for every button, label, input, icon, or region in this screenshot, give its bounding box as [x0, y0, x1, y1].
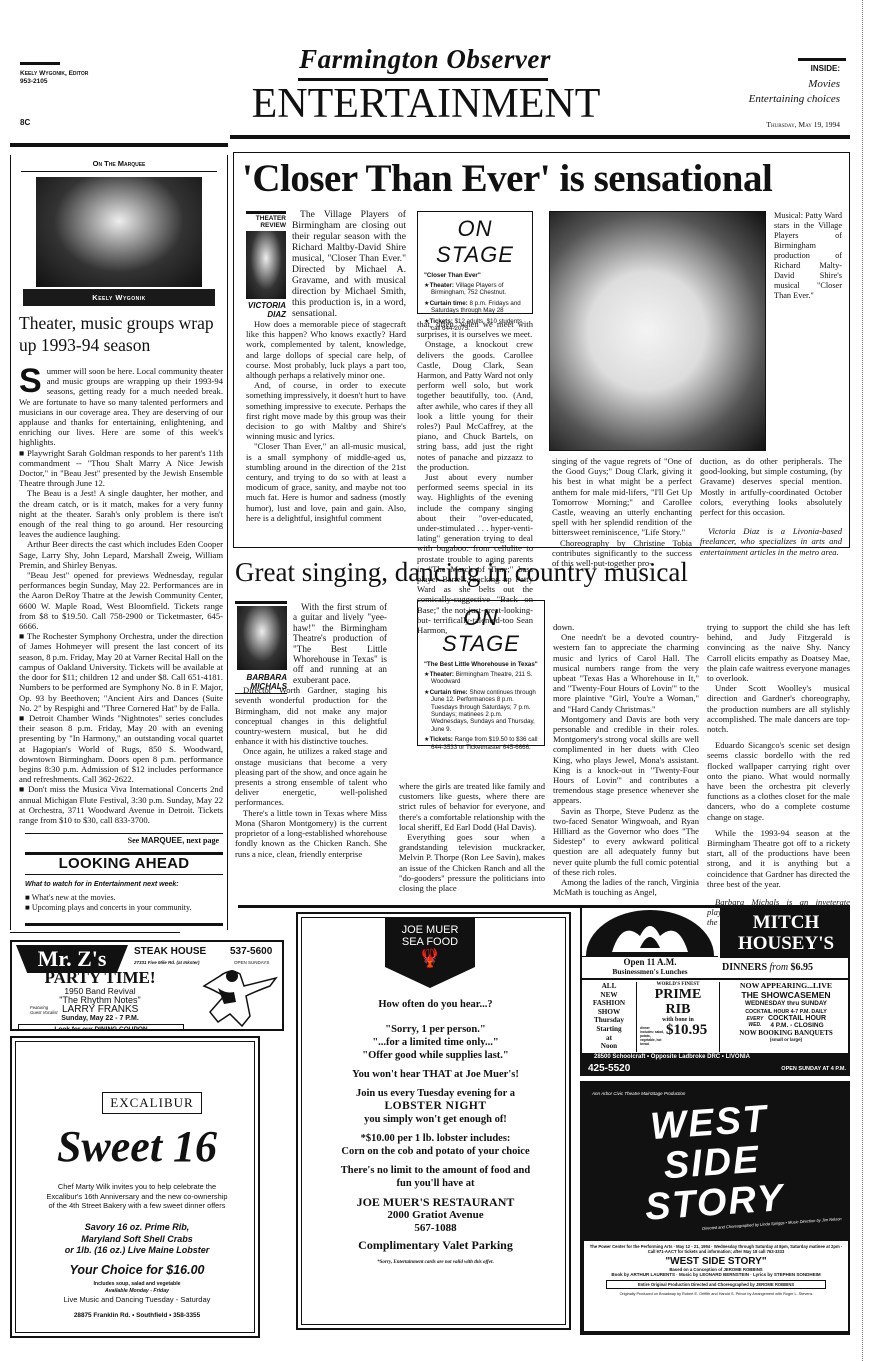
ad-mitch-houseys[interactable]: MITCH HOUSEY'S Open 11 A.M. Businessmen'… [580, 906, 850, 1076]
article2-col3: down. One needn't be a devoted country-w… [553, 622, 699, 897]
article1-col1: The Village Players of Birmingham are cl… [246, 209, 406, 523]
left-column-bottom-rule [10, 932, 180, 933]
article2-paragraph: where the girls are treated like family … [399, 781, 545, 832]
marquee-header: On The Marquee [21, 159, 217, 172]
ad-excalibur[interactable]: Excalibur Sweet 16 Chef Marty Wilk invit… [10, 1036, 260, 1338]
article2-paragraph: down. [553, 622, 699, 632]
marquee-body: Summer will soon be here. Local communit… [19, 366, 223, 825]
patty-ward-photo [549, 211, 766, 451]
columnist-name-banner: Keely Wygonik [23, 289, 215, 306]
article1-paragraph: singing of the vague regrets of "One of … [552, 456, 692, 538]
onstage-curtain: ★Curtain time: Show continues through Ju… [424, 689, 538, 733]
excalibur-address: 28875 Franklin Rd. • Southfield • 358-33… [22, 1312, 252, 1319]
mitch-footer: 28500 Schoolcraft • Opposite Ladbroke DR… [582, 1053, 850, 1076]
mrz-open: OPEN SUNDAYS [234, 960, 269, 965]
onstage-show: "The Best Little Whorehouse in Texas" [424, 661, 538, 668]
marquee-jump-rule [25, 833, 223, 834]
excalibur-intro: Chef Marty Wilk invites you to help cele… [44, 1182, 230, 1211]
onstage-title: On Stage [424, 605, 538, 657]
article2-col1: With the first strum of a guitar and liv… [235, 602, 387, 859]
article2-paragraph: Eduardo Sicangco's scenic set design see… [707, 740, 850, 822]
article1-lead: The Village Players of Birmingham are cl… [292, 209, 406, 319]
mitch-fashion-show: ALLNEWFASHIONSHOWThursdayStartingatNoon [584, 982, 634, 1051]
mitch-prime-rib: WORLD'S FINEST PRIME RIB with bone in [638, 982, 718, 1023]
onstage-curtain: ★Curtain time: 8 p.m. Fridays and Saturd… [424, 300, 526, 315]
ad-west-side-story[interactable]: Ann Arbor Civic Theatre MainStage Produc… [580, 1081, 850, 1335]
onstage-theater: ★Theater: Birmingham Theatre, 211 S. Woo… [424, 671, 538, 686]
article2-paragraph: There's a little town in Texas where Mis… [235, 808, 387, 859]
marquee-jump-link[interactable]: See MARQUEE, next page [128, 836, 219, 845]
mitch-open: Open 11 A.M. Businessmen's Lunches [582, 956, 718, 976]
mitch-rib-includes: dinner includes: salad, potato, vegetabl… [640, 1026, 664, 1046]
article2-headline: Great singing, dancing in country musica… [235, 554, 850, 590]
onstage-box-2: On Stage "The Best Little Whorehouse in … [417, 600, 545, 746]
article2-paragraph: Director Worth Gardner, staging his seve… [235, 685, 387, 746]
editor-phone: 953-2105 [20, 78, 47, 85]
article2-paragraph: Montgomery and Davis are both very perso… [553, 714, 699, 806]
article2-paragraph: trying to support the child she has left… [707, 622, 850, 683]
mitch-entertainment: NOW APPEARING...LIVE THE SHOWCASEMEN WED… [721, 981, 850, 1042]
onstage-theater: ★Theater: Village Players of Birmingham,… [424, 282, 526, 297]
article1-paragraph: that, often, when we meet with surprises… [417, 319, 533, 339]
excalibur-available: Available Monday - Friday [22, 1288, 252, 1294]
marquee-lead: Summer will soon be here. Local communit… [19, 366, 223, 448]
photo-caption: Musical: Patty Ward stars in the Village… [774, 211, 842, 301]
paper-name: Farmington Observer [260, 44, 590, 75]
ad-mr-zs[interactable]: Mr. Z's STEAK HOUSE 537-5600 27331 Five … [10, 940, 284, 1031]
marquee-item-rochester: ■ The Rochester Symphony Orchestra, unde… [19, 631, 223, 713]
marquee-column: On The Marquee Keely Wygonik Theater, mu… [10, 155, 228, 930]
article1-paragraph: "Closer Than Ever," an all-music musical… [246, 441, 406, 523]
looking-ahead-title: Looking Ahead [25, 855, 223, 872]
ad-joe-muer[interactable]: JOE MUER SEA FOOD 🦞 How often do you hea… [296, 912, 571, 1330]
drop-cap: S [19, 367, 42, 395]
mrz-phone: 537-5600 [230, 946, 272, 957]
marquee-paragraph: "Beau Jest" opened for previews Wednesda… [19, 570, 223, 631]
looking-ahead-rule [25, 874, 223, 875]
article1-col4: duction, as do other peripherals. The go… [700, 456, 842, 557]
mitch-divider [582, 978, 850, 980]
article2-paragraph: Under Scott Woolley's musical direction … [707, 683, 850, 734]
mitch-rib-price: $10.95 [666, 1022, 707, 1039]
mrz-featuring: Featuring Guest Vocalist [30, 1005, 60, 1015]
mrz-performer: LARRY FRANKS [62, 1004, 138, 1015]
looking-ahead-item: ■ What's new at the movies. [25, 893, 223, 903]
mrz-headline: PARTY TIME! [16, 968, 184, 988]
excalibur-price: Your Choice for $16.00 [22, 1263, 252, 1277]
mrz-address: 27331 Five Mile Rd. (at Inkster) [134, 960, 200, 965]
article2-col4: trying to support the child she has left… [707, 622, 850, 928]
article2-paragraph: Everything goes sour when a grandstandin… [399, 832, 545, 893]
article2-paragraph: While the 1993-94 season at the Birmingh… [707, 828, 850, 889]
marquee-paragraph: The Beau is a Jest! A single daughter, h… [19, 488, 223, 539]
dancer-illustration [190, 966, 280, 1028]
article1-paragraph: duction, as do other peripherals. The go… [700, 456, 842, 517]
marquee-item-beau-jest: ■ Playwright Sarah Goldman responds to h… [19, 448, 223, 489]
marquee-headline: Theater, music groups wrap up 1993-94 se… [19, 312, 223, 356]
mrz-date: Sunday, May 22 - 7 P.M. [16, 1015, 184, 1022]
columnist-photo [36, 177, 202, 287]
excalibur-logo: Excalibur [102, 1092, 202, 1114]
inside-item-entertaining[interactable]: Entertaining choices [749, 93, 840, 105]
article2-paragraph: Among the ladies of the ranch, Virginia … [553, 877, 699, 897]
page-number: 8C [20, 118, 30, 127]
article2-paragraph: Once again, he utilizes a raked stage an… [235, 746, 387, 807]
fan-window-icon [582, 908, 718, 956]
page-edge-dots [862, 0, 866, 1361]
looking-ahead-intro: What to watch for in Entertainment next … [25, 881, 223, 888]
joe-muer-copy: How often do you hear...? "Sorry, 1 per … [304, 998, 567, 1269]
marquee-paragraph: Arthur Beer directs the cast which inclu… [19, 539, 223, 570]
looking-ahead-bottom-rule [25, 923, 223, 926]
article2-lead: With the first strum of a guitar and liv… [293, 602, 387, 685]
article1-headline: 'Closer Than Ever' is sensational [242, 155, 842, 203]
excalibur-menu: Savory 16 oz. Prime Rib, Maryland Soft S… [22, 1222, 252, 1257]
issue-date: Thursday, May 19, 1994 [766, 120, 840, 129]
onstage-box-1: On Stage "Closer Than Ever" ★Theater: Vi… [417, 211, 533, 314]
masthead: Keely Wygonik, Editor 953-2105 8C Farmin… [0, 0, 876, 140]
editor-rule [20, 62, 60, 65]
inside-label: Inside: [811, 64, 840, 73]
article-great-singing: Great singing, dancing in country musica… [233, 552, 850, 907]
wss-presenter: Ann Arbor Civic Theatre MainStage Produc… [592, 1091, 692, 1097]
wss-info-panel: The Power Center for the Performing Arts… [584, 1241, 848, 1331]
wss-title-art: WEST SIDE STORY [618, 1097, 806, 1229]
mrz-coupon[interactable]: Look for our DINING COUPON [18, 1024, 184, 1031]
article1-paragraph: And, of course, in order to execute some… [246, 380, 406, 441]
marquee-item-chamber-winds: ■ Detroit Chamber Winds "Nightnotes" ser… [19, 713, 223, 784]
excalibur-music: Live Music and Dancing Tuesday - Saturda… [22, 1295, 252, 1304]
excalibur-includes: Includes soup, salad and vegetable [22, 1281, 252, 1287]
excalibur-headline: Sweet 16 [22, 1122, 252, 1172]
editor-name: Keely Wygonik, Editor [20, 70, 88, 77]
article2-col2: where the girls are treated like family … [399, 781, 545, 893]
looking-ahead-item: ■ Upcoming plays and concerts in your co… [25, 903, 223, 913]
article1-paragraph: Onstage, a knockout crew delivers the go… [417, 339, 533, 472]
mitch-dinners: DINNERS from $6.95 [722, 962, 850, 973]
article2-paragraph: One needn't be a devoted country-western… [553, 632, 699, 714]
onstage-title: On Stage [424, 216, 526, 268]
onstage-show: "Closer Than Ever" [424, 272, 526, 279]
left-top-rule [10, 143, 228, 147]
article2-paragraph: Savin as Thorpe, Steve Pudenz as the two… [553, 806, 699, 877]
masthead-bottom-rule [230, 135, 850, 139]
mitch-name: MITCH HOUSEY'S [720, 908, 850, 958]
marquee-item-musica-viva: ■ Don't miss the Musica Viva Internation… [19, 784, 223, 825]
article1-paragraph: How does a memorable piece of stagecraft… [246, 319, 406, 380]
inside-rule [798, 58, 846, 61]
lobster-icon: 🦞 [385, 948, 475, 968]
section-title: Entertainment [236, 80, 616, 128]
mrz-type: STEAK HOUSE [134, 946, 206, 957]
inside-item-movies[interactable]: Movies [808, 78, 840, 90]
article-closer-than-ever: 'Closer Than Ever' is sensational Theate… [233, 152, 850, 548]
onstage-tickets: ★Tickets: Range from $19.50 to $36 call … [424, 736, 538, 751]
